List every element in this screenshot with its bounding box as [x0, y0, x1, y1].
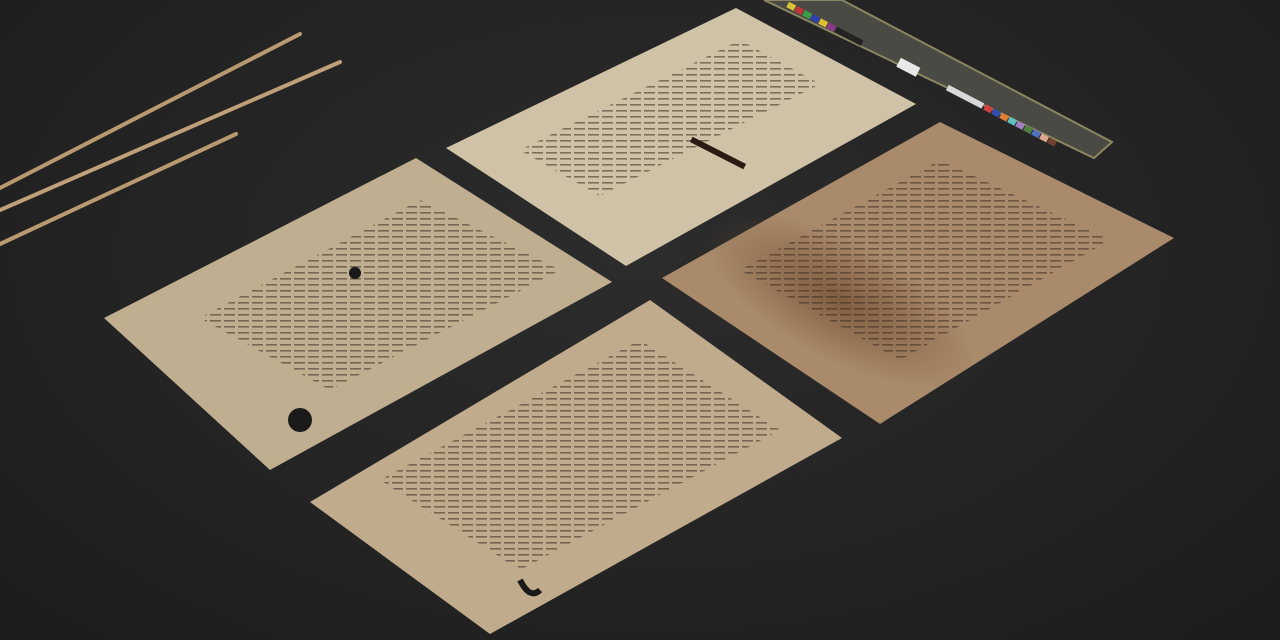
manuscript-photo [0, 0, 1280, 640]
scene-illustration [0, 0, 1280, 640]
wooden-sticks [0, 34, 340, 244]
